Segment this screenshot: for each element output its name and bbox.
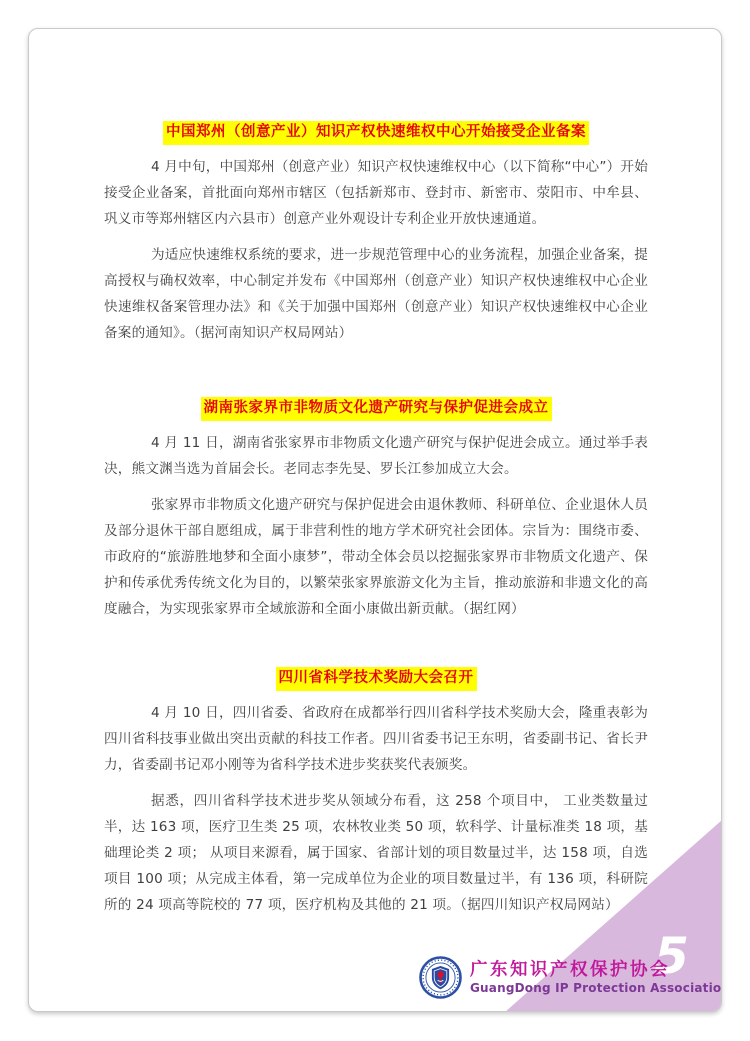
article-paragraph: 4 月 11 日，湖南省张家界市非物质文化遗产研究与保护促进会成立。通过举手表决…	[104, 430, 648, 482]
article-paragraph: 4 月 10 日，四川省委、省政府在成都举行四川省科学技术奖励大会，隆重表彰为四…	[104, 700, 648, 778]
org-name-cn: 广东知识产权保护协会	[470, 960, 722, 981]
article-paragraph: 为适应快速维权系统的要求，进一步规范管理中心的业务流程，加强企业备案，提高授权与…	[104, 242, 648, 346]
article-title-text: 湖南张家界市非物质文化遗产研究与保护促进会成立	[201, 397, 552, 421]
article-title: 中国郑州（创意产业）知识产权快速维权中心开始接受企业备案	[104, 121, 648, 145]
article-title: 四川省科学技术奖励大会召开	[104, 667, 648, 691]
article-title-text: 四川省科学技术奖励大会召开	[276, 667, 477, 691]
article-section-zhangjiajie: 湖南张家界市非物质文化遗产研究与保护促进会成立 4 月 11 日，湖南省张家界市…	[104, 397, 648, 632]
article-title: 湖南张家界市非物质文化遗产研究与保护促进会成立	[104, 397, 648, 421]
org-name-block: 广东知识产权保护协会 GuangDong IP Protection Assoc…	[470, 960, 722, 995]
article-section-sichuan: 四川省科学技术奖励大会召开 4 月 10 日，四川省委、省政府在成都举行四川省科…	[104, 667, 648, 928]
association-logo-icon	[419, 956, 462, 999]
article-paragraph: 张家界市非物质文化遗产研究与保护促进会由退休教师、科研单位、企业退休人员及部分退…	[104, 492, 648, 622]
document-content: 中国郑州（创意产业）知识产权快速维权中心开始接受企业备案 4 月中旬，中国郑州（…	[104, 29, 648, 1011]
page-background: 5 中国郑州（创意产业）知识产权快速维权中心开始接受企业备案 4 月中旬，中国郑…	[0, 0, 750, 1041]
article-title-text: 中国郑州（创意产业）知识产权快速维权中心开始接受企业备案	[163, 121, 589, 145]
article-paragraph: 4 月中旬，中国郑州（创意产业）知识产权快速维权中心（以下简称“中心”）开始接受…	[104, 154, 648, 232]
org-name-en: GuangDong IP Protection Association	[470, 981, 722, 995]
footer: 广东知识产权保护协会 GuangDong IP Protection Assoc…	[419, 956, 722, 999]
article-paragraph: 据悉，四川省科学技术进步奖从领域分布看，这 258 个项目中， 工业类数量过半，…	[104, 788, 648, 918]
document-sheet: 5 中国郑州（创意产业）知识产权快速维权中心开始接受企业备案 4 月中旬，中国郑…	[28, 28, 722, 1012]
article-section-zhengzhou: 中国郑州（创意产业）知识产权快速维权中心开始接受企业备案 4 月中旬，中国郑州（…	[104, 121, 648, 356]
